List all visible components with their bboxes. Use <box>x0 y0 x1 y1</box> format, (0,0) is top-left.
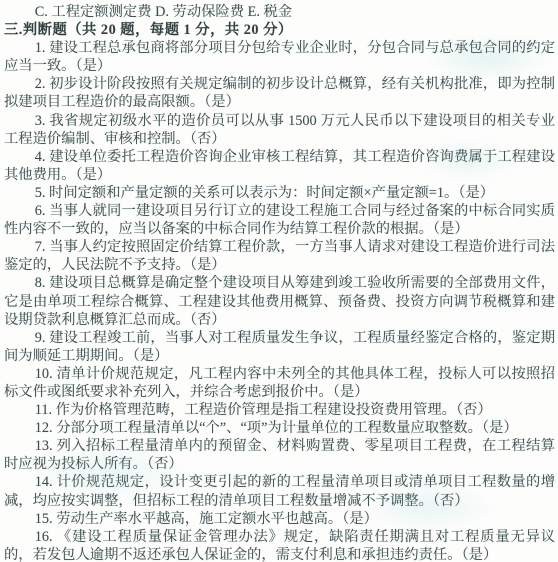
question-answer: （否） <box>456 402 492 418</box>
question-text: 时间定额和产量定额的关系可以表示为：时间定额×产量定额=1。 <box>49 185 458 201</box>
question-number: 12. <box>35 420 56 436</box>
question-text: 劳动生产率水平越高，施工定额水平也越高。 <box>56 511 342 527</box>
question-item-5: 5. 时间定额和产量定额的关系可以表示为：时间定额×产量定额=1。（是） <box>4 184 555 202</box>
question-answer: （是） <box>75 167 111 183</box>
question-number: 15. <box>35 511 56 527</box>
question-item-11: 11. 作为价格管理范畴，工程造价管理是指工程建设投资费用管理。（否） <box>4 401 555 419</box>
question-text: 初步设计阶段按照有关规定编制的初步设计总概算，经有关机构批准，即为控制拟建项目工… <box>4 76 555 110</box>
question-item-16: 16. 《建设工程质量保证金管理办法》规定，缺陷责任期满且对工程质量无异议的，若… <box>4 528 555 562</box>
question-answer: （是） <box>75 58 111 74</box>
question-text: 建设工程竣工前，当事人对工程质量发生争议，工程质量经鉴定合格的，鉴定期间为顺延工… <box>4 330 555 364</box>
question-answer: （是） <box>133 348 169 364</box>
question-number: 7. <box>35 239 49 255</box>
question-item-2: 2. 初步设计阶段按照有关规定编制的初步设计总概算，经有关机构批准，即为控制拟建… <box>4 75 555 111</box>
question-number: 5. <box>35 185 49 201</box>
question-item-15: 15. 劳动生产率水平越高，施工定额水平也越高。（是） <box>4 510 555 528</box>
question-number: 1. <box>35 40 49 56</box>
question-item-14: 14. 计价规范规定，设计变更引起的新的工程量清单项目或清单项目工程数量的增减，… <box>4 473 555 509</box>
question-answer: （是） <box>333 384 369 400</box>
question-number: 6. <box>35 203 49 219</box>
question-number: 11. <box>35 402 56 418</box>
question-answer: （是） <box>204 94 240 110</box>
question-answer: （是） <box>433 221 469 237</box>
question-number: 14. <box>35 474 57 490</box>
question-item-7: 7. 当事人约定按照固定价结算工程价款，一方当事人请求对建设工程造价进行司法鉴定… <box>4 238 555 274</box>
question-text: 当事人就同一建设项目另行订立的建设工程施工合同与经过备案的中标合同实质性内容不一… <box>4 203 555 237</box>
document-page: C. 工程定额测定费 D. 劳动保险费 E. 税金 三.判断题（共 20 题，每… <box>0 0 558 562</box>
question-item-8: 8. 建设项目总概算是确定整个建设项目从筹建到竣工验收所需要的全部费用文件，它是… <box>4 274 555 328</box>
question-item-9: 9. 建设工程竣工前，当事人对工程质量发生争议，工程质量经鉴定合格的，鉴定期间为… <box>4 329 555 365</box>
question-number: 2. <box>35 76 49 92</box>
question-answer: （是） <box>342 511 378 527</box>
question-answer: （是） <box>190 257 226 273</box>
question-text: 清单计价规范规定，凡工程内容中未列全的其他具体工程，投标人可以按照招标文件或图纸… <box>4 366 555 400</box>
question-answer: （否） <box>147 456 183 472</box>
question-item-10: 10. 清单计价规范规定，凡工程内容中未列全的其他具体工程，投标人可以按照招标文… <box>4 365 555 401</box>
question-item-6: 6. 当事人就同一建设项目另行订立的建设工程施工合同与经过备案的中标合同实质性内… <box>4 202 555 238</box>
question-number: 9. <box>35 330 49 346</box>
question-item-4: 4. 建设单位委托工程造价咨询企业审核工程结算，其工程造价咨询费属于工程建设其他… <box>4 148 555 184</box>
question-text: 我省规定初级水平的造价员可以从事 1500 万元人民币以下建设项目的相关专业工程… <box>4 113 555 147</box>
question-item-13: 13. 列入招标工程量清单内的预留金、材料购置费、零星项目工程费，在工程结算时应… <box>4 437 555 473</box>
question-number: 13. <box>35 438 57 454</box>
question-number: 4. <box>35 149 49 165</box>
question-answer: （是） <box>458 185 494 201</box>
section-heading: 三.判断题（共 20 题，每题 1 分，共 20 分） <box>4 21 555 39</box>
question-text: 列入招标工程量清单内的预留金、材料购置费、零星项目工程费，在工程结算时应视为投标… <box>4 438 555 472</box>
question-text: 作为价格管理范畴，工程造价管理是指工程建设投资费用管理。 <box>56 402 456 418</box>
question-number: 10. <box>35 366 57 382</box>
answer-options-line: C. 工程定额测定费 D. 劳动保险费 E. 税金 <box>4 3 555 21</box>
question-answer: （否） <box>433 493 469 509</box>
question-number: 16. <box>35 529 57 545</box>
question-item-3: 3. 我省规定初级水平的造价员可以从事 1500 万元人民币以下建设项目的相关专… <box>4 112 555 148</box>
question-answer: （是） <box>482 420 518 436</box>
question-text: 计价规范规定，设计变更引起的新的工程量清单项目或清单项目工程数量的增减，均应按实… <box>4 474 555 508</box>
question-text: 建设项目总概算是确定整个建设项目从筹建到竣工验收所需要的全部费用文件，它是由单项… <box>4 275 555 327</box>
question-answer: （否） <box>190 312 226 328</box>
question-number: 8. <box>35 275 49 291</box>
question-text: 当事人约定按照固定价结算工程价款，一方当事人请求对建设工程造价进行司法鉴定的，人… <box>4 239 555 273</box>
question-text: 分部分项工程量清单以“个”、“项”为计量单位的工程数量应取整数。 <box>56 420 482 436</box>
question-item-1: 1. 建设工程总承包商将部分项目分包给专业企业时，分包合同与总承包合同的约定应当… <box>4 39 555 75</box>
question-answer: （否） <box>190 131 226 147</box>
question-answer: （是） <box>462 547 498 562</box>
question-item-12: 12. 分部分项工程量清单以“个”、“项”为计量单位的工程数量应取整数。（是） <box>4 419 555 437</box>
question-number: 3. <box>35 113 50 129</box>
